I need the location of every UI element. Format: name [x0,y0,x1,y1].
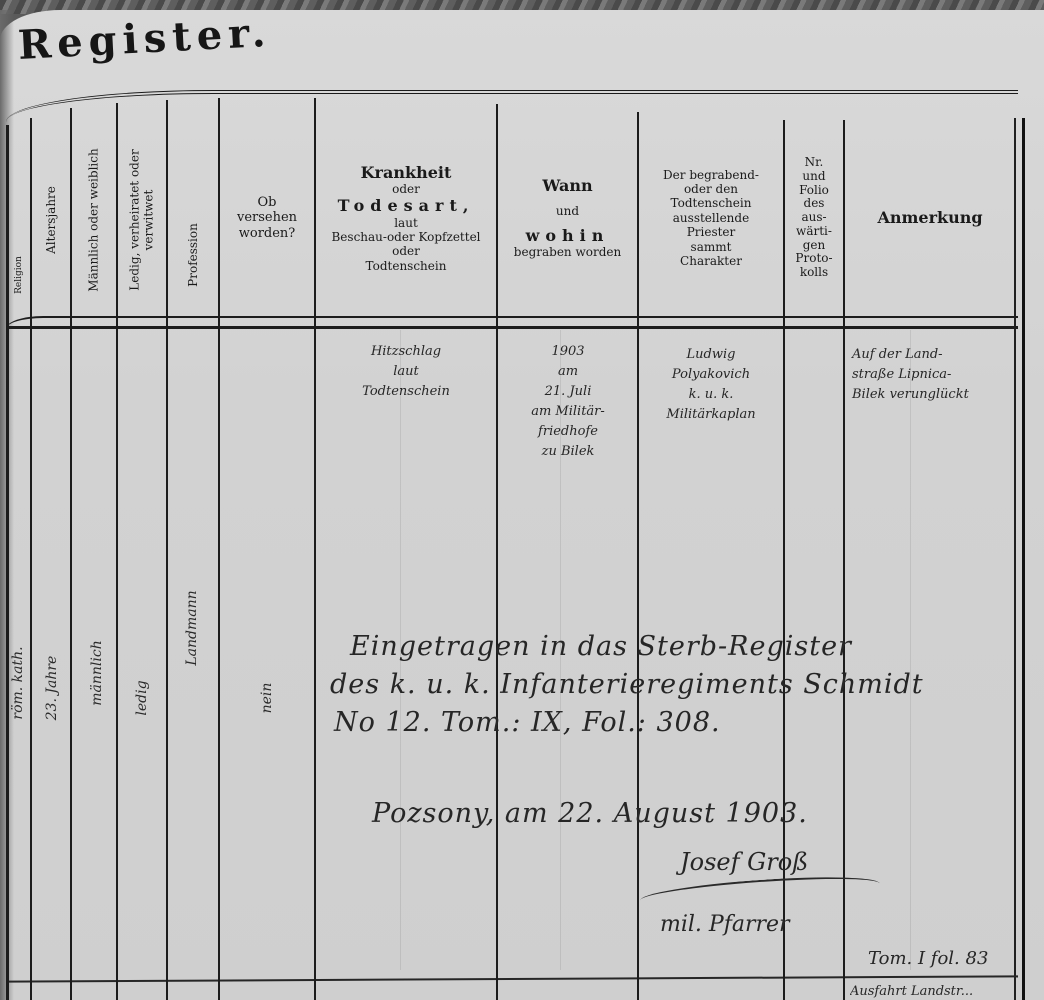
header-sacraments-line: Ob [258,195,277,211]
entry-burial-line: 21. Juli [500,382,636,402]
header-marital-status: Ledig, verheiratet oder verwitwet [118,125,166,315]
header-priest: Der begrabend- oder den Todtenschein aus… [639,120,783,316]
header-folio: Nr. und Folio des aus- wärti- gen Proto-… [785,120,843,316]
entry-religion: röm. kath. [10,643,26,723]
header-sacraments-line: versehen [237,210,297,226]
header-sex: Männlich oder weiblich [72,125,116,315]
header-folio-line: Nr. [805,156,824,170]
entry-priest-line: Militärkaplan [640,405,782,425]
header-priest-line: Charakter [680,254,742,268]
entry-cause-line: laut [318,362,494,382]
entry-sex: männlich [89,628,105,718]
entry-burial-line: am [500,362,636,382]
header-burial-line: Wann [542,176,592,195]
entry-cause-of-death: Hitzschlag laut Todtenschein [318,342,494,402]
ledger-top-border [6,90,1018,122]
header-folio-line: kolls [800,266,828,280]
entry-remarks: Auf der Land- straße Lipnica- Bilek veru… [852,345,1018,405]
entry-marital-status: ledig [134,658,150,738]
entry-burial-line: zu Bilek [500,442,636,462]
annotation-line: No 12. Tom.: IX, Fol.: 308. [334,704,1010,742]
header-cause-line: Beschau-oder Kopfzettel [331,230,480,244]
entry-cause-line: Hitzschlag [318,342,494,362]
entry-remarks-line: straße Lipnica- [852,365,1018,385]
entry-priest-line: Polyakovich [640,365,782,385]
header-priest-line: sammt [691,240,732,254]
header-priest-line: Todtenschein [671,196,752,210]
header-cause-line: oder [392,182,420,196]
entry-profession: Landmann [184,578,200,678]
ledger-right-border [1014,118,1025,1000]
header-folio-line: wärti- [796,225,832,239]
header-cause-of-death: Krankheit oder Todesart, laut Beschau-od… [316,120,496,316]
header-marital-label-1: Ledig, verheiratet oder [128,149,142,290]
entry-priest: Ludwig Polyakovich k. u. k. Militärkapla… [640,345,782,425]
header-profession: Profession [168,200,218,310]
header-cause-line: Todesart, [338,196,475,215]
header-priest-line: ausstellende [673,211,749,225]
header-priest-line: oder den [684,182,738,196]
header-priest-line: Der begrabend- [663,168,759,182]
header-burial-line: begraben worden [514,245,621,259]
entry-priest-line: Ludwig [640,345,782,365]
annotation-line: des k. u. k. Infanterieregiments Schmidt [330,666,1010,704]
header-burial-line: und [556,204,579,218]
header-marital-label-2: verwitwet [142,149,156,290]
header-religion-label: Religion [12,256,26,294]
entry-age: 23. Jahre [44,648,60,728]
header-religion: Religion [8,230,30,320]
header-cause-line: laut [394,216,418,230]
register-annotation: Eingetragen in das Sterb-Register des k.… [350,628,1010,742]
header-cause-line: Krankheit [361,163,452,182]
header-sacraments-line: worden? [239,226,296,242]
header-folio-line: und [802,170,825,184]
header-cause-line: Todtenschein [366,259,447,273]
entry-sacraments: nein [259,663,275,733]
signature: Josef Groß [680,848,808,876]
header-remarks-label: Anmerkung [877,208,982,227]
header-burial: Wann und wohin begraben worden [498,120,637,316]
header-age: Altersjahre [32,125,70,315]
tome-reference: Tom. I fol. 83 [868,948,988,969]
entry-burial-line: friedhofe [500,422,636,442]
entry-burial-line: am Militär- [500,402,636,422]
next-entry-fragment: Ausfahrt Landstr... [850,982,1016,1000]
annotation-line: Eingetragen in das Sterb-Register [350,628,1010,666]
entry-priest-line: k. u. k. [640,385,782,405]
header-folio-line: Folio [799,184,829,198]
entry-remarks-line: Bilek verunglückt [852,385,1018,405]
header-profession-label: Profession [186,223,200,287]
header-folio-line: des [804,197,825,211]
header-folio-line: Proto- [795,252,832,266]
annotation-place-date: Pozsony, am 22. August 1903. [372,795,932,833]
signature-title: mil. Pfarrer [660,912,790,937]
header-priest-line: Priester [687,225,736,239]
entry-burial: 1903 am 21. Juli am Militär- friedhofe z… [500,342,636,462]
entry-burial-line: 1903 [500,342,636,362]
header-folio-line: gen [803,239,826,253]
entry-cause-line: Todtenschein [318,382,494,402]
header-folio-line: aus- [801,211,826,225]
header-sacraments: Ob versehen worden? [220,120,314,316]
header-separator [6,316,1018,329]
header-remarks: Anmerkung [845,120,1015,316]
header-sex-label: Männlich oder weiblich [87,148,101,291]
entry-remarks-line: Auf der Land- [852,345,1018,365]
header-burial-line: wohin [526,226,610,245]
header-age-label: Altersjahre [44,186,58,254]
header-cause-line: oder [392,244,420,258]
